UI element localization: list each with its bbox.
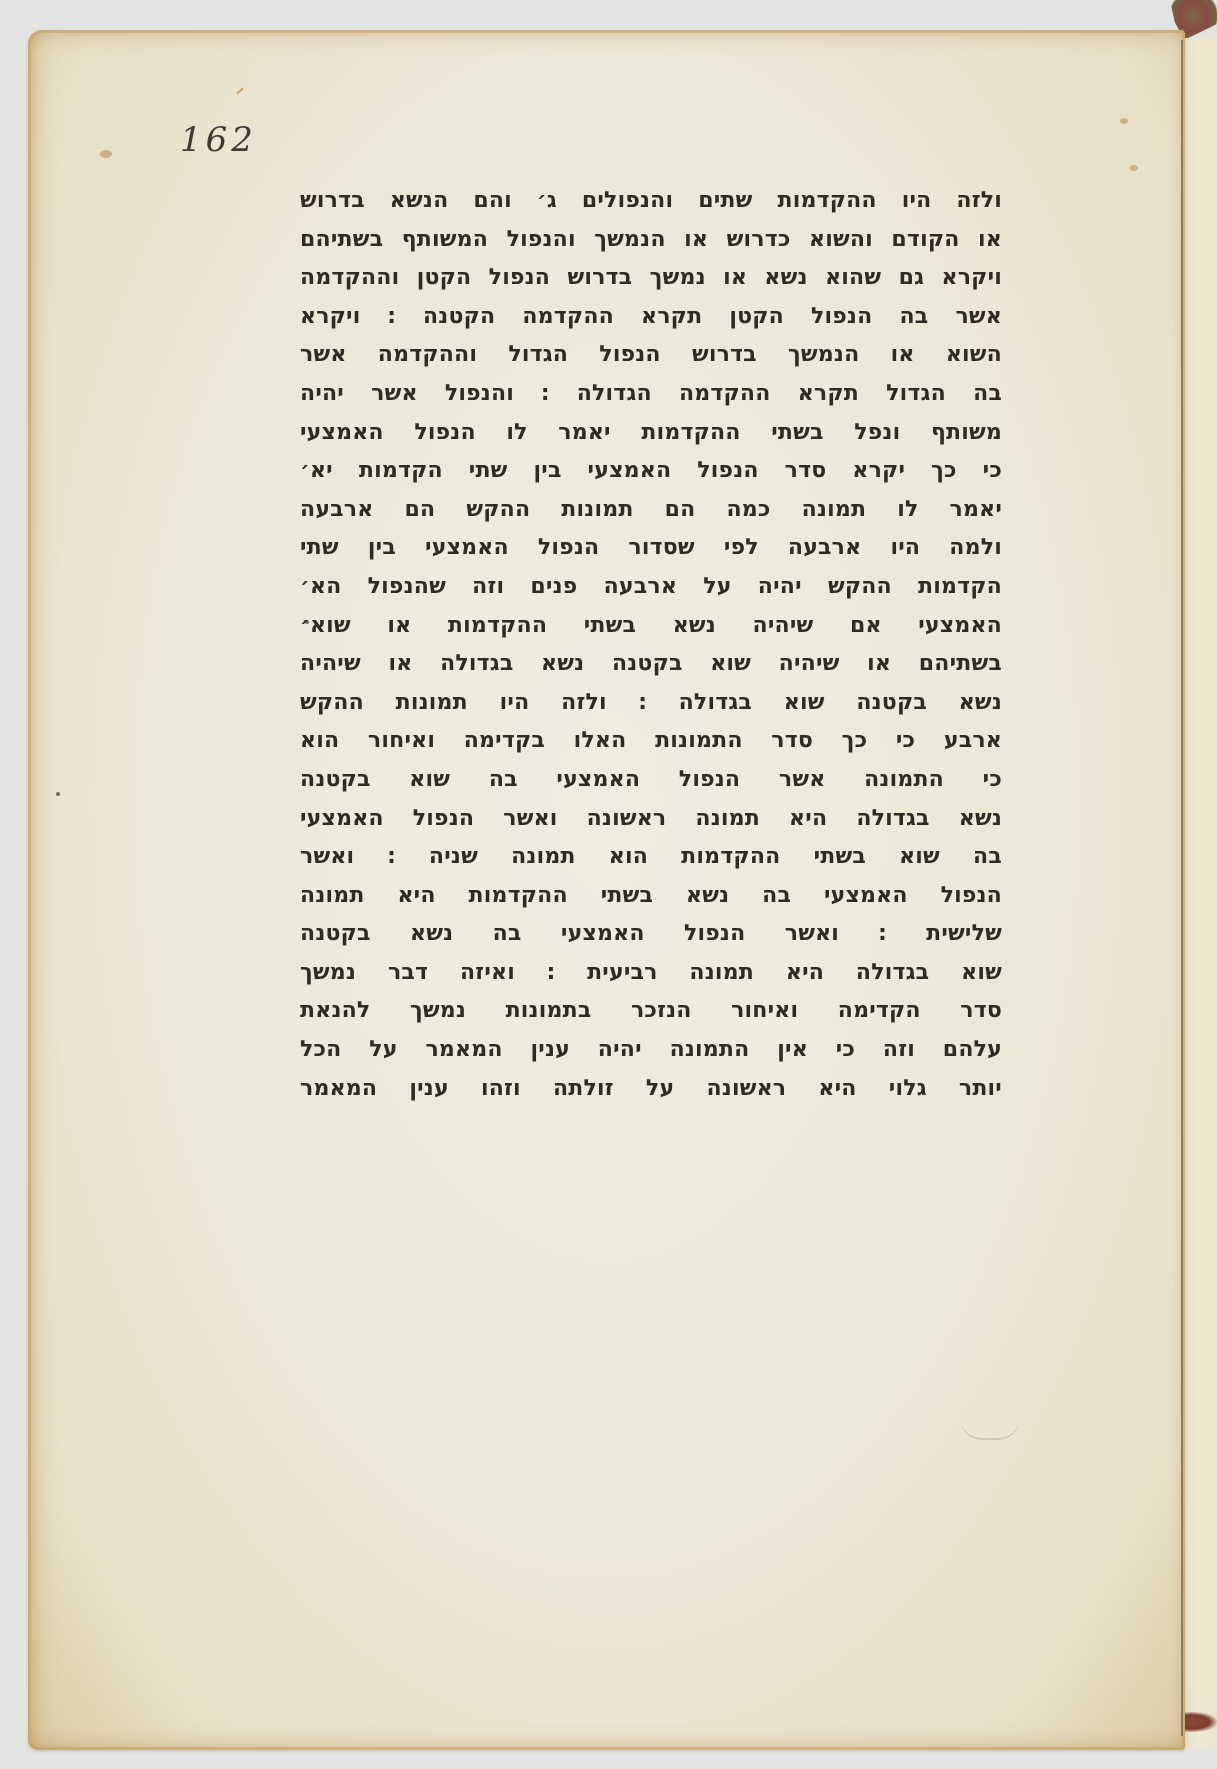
text-line: בשתיהם או שיהיה שוא בקטנה נשא בגדולה או … [300,645,1002,684]
paper-stain [1120,118,1128,124]
text-line: ויקרא גם שהוא נשא או נמשך בדרוש הנפול הק… [300,259,1002,298]
text-line: יאמר לו תמונה כמה הם תמונות ההקש הם ארבע… [300,491,1002,530]
text-line: משותף ונפל בשתי ההקדמות יאמר לו הנפול הא… [300,414,1002,453]
text-line: ארבע כי כך סדר התמונות האלו בקדימה ואיחו… [300,722,1002,761]
text-line: נשא בגדולה היא תמונה ראשונה ואשר הנפול ה… [300,800,1002,839]
ink-speck [56,792,60,796]
text-line: נשא בקטנה שוא בגדולה ׃ ולזה היו תמונות ה… [300,684,1002,723]
manuscript-text-block: ולזה היו ההקדמות שתים והנפולים ג׳ והם הנ… [300,182,1002,1108]
gutter-line [1181,40,1183,1736]
text-line: סדר הקדימה ואיחור הנזכר בתמונות נמשך להנ… [300,992,1002,1031]
text-line: בה הגדול תקרא ההקדמה הגדולה ׃ והנפול אשר… [300,375,1002,414]
manuscript-scan: 162 ולזה היו ההקדמות שתים והנפולים ג׳ וה… [0,0,1217,1769]
text-line: ולמה היו ארבעה לפי שסדור הנפול האמצעי בי… [300,529,1002,568]
text-line: שלישית ׃ ואשר הנפול האמצעי בה נשא בקטנה [300,915,1002,954]
folio-number: 162 [180,120,257,160]
text-line: הקדמות ההקש יהיה על ארבעה פנים וזה שהנפו… [300,568,1002,607]
text-line: כי התמונה אשר הנפול האמצעי בה שוא בקטנה [300,761,1002,800]
text-line: כי כך יקרא סדר הנפול האמצעי בין שתי הקדמ… [300,452,1002,491]
text-line: שוא בגדולה היא תמונה רביעית ׃ ואיזה דבר … [300,954,1002,993]
text-line: יותר גלוי היא ראשונה על זולתה וזהו ענין … [300,1070,1002,1109]
text-line: או הקודם והשוא כדרוש או הנמשך והנפול המש… [300,221,1002,260]
text-line: בה שוא בשתי ההקדמות הוא תמונה שניה ׃ ואש… [300,838,1002,877]
text-line: אשר בה הנפול הקטן תקרא ההקדמה הקטנה ׃ וי… [300,298,1002,337]
text-line: עלהם וזה כי אין התמונה יהיה ענין המאמר ע… [300,1031,1002,1070]
text-line: האמצעי אם שיהיה נשא בשתי ההקדמות או שוא׳ [300,607,1002,646]
text-line: הנפול האמצעי בה נשא בשתי ההקדמות היא תמו… [300,877,1002,916]
facing-page-edge [1182,38,1217,1748]
text-line: השוא או הנמשך בדרוש הנפול הגדול וההקדמה … [300,336,1002,375]
text-line: ולזה היו ההקדמות שתים והנפולים ג׳ והם הנ… [300,182,1002,221]
paper-stain [1130,165,1138,171]
paper-stain [100,150,112,158]
